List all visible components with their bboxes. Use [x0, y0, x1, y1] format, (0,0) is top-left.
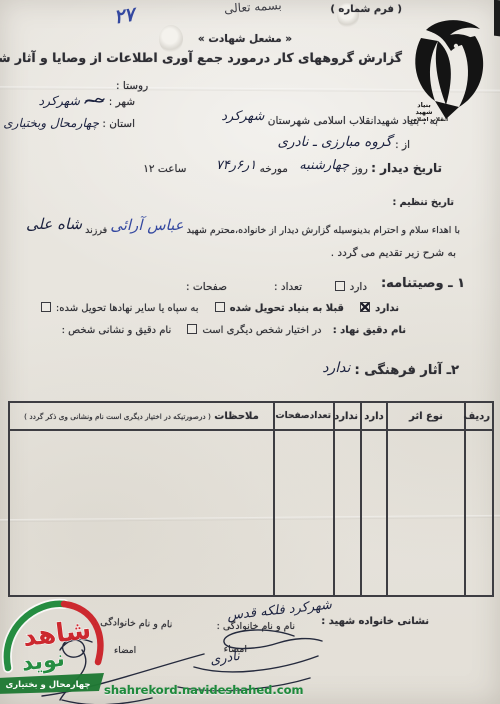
- scan-corner-artifact: [494, 0, 500, 36]
- family-address-value-handwritten: شهرکرد فلکه قدس: [226, 598, 332, 624]
- crossed-out-word: [83, 96, 105, 108]
- to-field-value-handwritten: شهرکرد: [221, 109, 264, 124]
- will-not-has-label: ندارد: [375, 303, 399, 314]
- other-person-label: در اختیار شخص دیگری است: [202, 325, 321, 336]
- city-field-value-handwritten: شهرکرد: [38, 93, 80, 108]
- navid-shahed-watermark-logo: شاهد نوید چهارمحال و بختیاری: [0, 594, 116, 702]
- col-header-remarks: ملاحظات ( درصورتیکه در اختیار دیگری است …: [9, 402, 274, 430]
- will-section-heading: ۱ ـ وصیتنامه:: [381, 276, 465, 291]
- from-field: از : گروه مبارزی ـ نادری: [277, 136, 410, 152]
- dated-value-handwritten: ۱ر۶ر۷۴: [216, 158, 257, 173]
- table-cell: [387, 430, 465, 596]
- child-of-label: فرزند: [85, 225, 107, 236]
- from-field-value-handwritten: گروه مبارزی ـ نادری: [277, 134, 391, 150]
- table-cell: [274, 430, 334, 596]
- visit-date-label: تاریخ دیدار :: [371, 161, 442, 175]
- watermark-word-green: نوید: [20, 647, 66, 677]
- father-name-handwritten: شاه علی: [26, 215, 82, 233]
- col-header-not-has: ندارد: [334, 402, 361, 430]
- province-field-value-handwritten: چهارمحال وبختیاری: [3, 116, 99, 130]
- handwritten-corner-number: ۲۷: [112, 4, 136, 29]
- table-cell: [334, 430, 361, 596]
- table-cell: [9, 430, 274, 596]
- prep-date-label: تاریخ تنظیم :: [393, 197, 454, 208]
- delivered-sepah-label: به سپاه یا سایر نهادها تحویل شده:: [56, 303, 199, 314]
- will-count-label: تعداد :: [274, 281, 302, 293]
- motto-text: « مشعل شهادت »: [180, 33, 310, 45]
- will-has-checkbox: [335, 281, 345, 291]
- form-number-label: ( فرم شماره ): [298, 4, 402, 15]
- delivered-foundation-label: قبلا به بنیاد تحویل شده: [230, 303, 344, 314]
- report-intro-text: با اهداء سلام و احترام بدینوسیله گزارش د…: [187, 225, 460, 236]
- visit-day-value-handwritten: چهارشنبه: [299, 158, 349, 173]
- besmele-script: بسمه تعالی: [224, 0, 283, 16]
- will-has-label: دارد: [350, 281, 367, 293]
- hour-label: ساعت: [158, 163, 187, 175]
- table-row: [9, 430, 493, 596]
- province-field-label: استان :: [102, 118, 135, 130]
- hour-value: ۱۲: [143, 163, 154, 175]
- cultural-section: ۲ـ آثار فرهنگی : ندارد: [322, 362, 459, 378]
- person-name-label: نام دقیق و نشانی شخص :: [62, 325, 172, 336]
- table-cell: [465, 430, 493, 596]
- cultural-section-heading: ۲ـ آثار فرهنگی :: [355, 363, 460, 378]
- delivered-foundation-checkbox: [215, 302, 225, 312]
- table-header-row: ردیف نوع اثر دارد ندارد تعدادصفحات ملاحظ…: [9, 402, 493, 430]
- col-header-page-count: تعدادصفحات: [274, 402, 334, 430]
- martyr-name-handwritten: عباس آرائی: [110, 216, 183, 234]
- to-field-label: به : بنیاد شهیدانقلاب اسلامی شهرستان: [268, 115, 438, 127]
- org-name-label: نام دقیق نهاد :: [333, 325, 406, 336]
- will-org-line: نام دقیق نهاد : در اختیار شخص دیگری است …: [62, 324, 406, 336]
- remarks-note: ( درصورتیکه در اختیار دیگری است نام ونشا…: [24, 412, 211, 421]
- will-status-line: ندارد قبلا به بنیاد تحویل شده به سپاه یا…: [36, 302, 399, 314]
- report-closing-line: به شرح زیر تقدیم می گردد .: [331, 247, 456, 259]
- page-title: گزارش گروههای کار درمورد جمع آوری اطلاعا…: [8, 50, 402, 65]
- col-header-row-number: ردیف: [465, 402, 493, 430]
- will-pages-label: صفحات :: [186, 281, 227, 293]
- village-field-label: روستا :: [116, 80, 148, 92]
- watermark-url: shahrekord.navideshahed.com: [104, 683, 303, 697]
- dated-label: مورخه: [260, 163, 288, 175]
- visit-day-label: روز: [353, 163, 368, 175]
- family-address-label: نشانی خانواده شهید :: [321, 616, 429, 627]
- report-intro-line: با اهداء سلام و احترام بدینوسیله گزارش د…: [26, 219, 460, 237]
- col-header-work-type: نوع اثر: [387, 402, 465, 430]
- delivered-sepah-checkbox: [41, 302, 51, 312]
- other-person-checkbox: [187, 324, 197, 334]
- city-field: شهر : شهرکرد: [6, 93, 135, 108]
- visit-date-field: تاریخ دیدار : روز چهارشنبه مورخه ۱ر۶ر۷۴ …: [143, 161, 442, 176]
- will-not-has-checkbox-checked: [360, 302, 370, 312]
- col-header-has: دارد: [361, 402, 387, 430]
- works-table: ردیف نوع اثر دارد ندارد تعدادصفحات ملاحظ…: [8, 401, 492, 597]
- to-field: به : بنیاد شهیدانقلاب اسلامی شهرستان شهر…: [221, 113, 438, 128]
- bonyad-shahid-stamp-icon: بنیاد شهید انقلاب اسلامی: [398, 12, 494, 126]
- region-banner-text: چهارمحال و بختیاری: [5, 680, 90, 690]
- from-field-label: از :: [395, 139, 410, 151]
- cultural-section-value-handwritten: ندارد: [322, 360, 350, 376]
- will-has-field: دارد: [330, 281, 367, 293]
- table-cell: [361, 430, 387, 596]
- scanned-form-page: ۲۷ ( فرم شماره ) بسمه تعالی بنیاد شهید ا…: [0, 0, 500, 704]
- province-field: استان : چهارمحال وبختیاری: [0, 116, 135, 130]
- remarks-title: ملاحظات: [214, 411, 259, 422]
- city-field-label: شهر :: [109, 96, 135, 108]
